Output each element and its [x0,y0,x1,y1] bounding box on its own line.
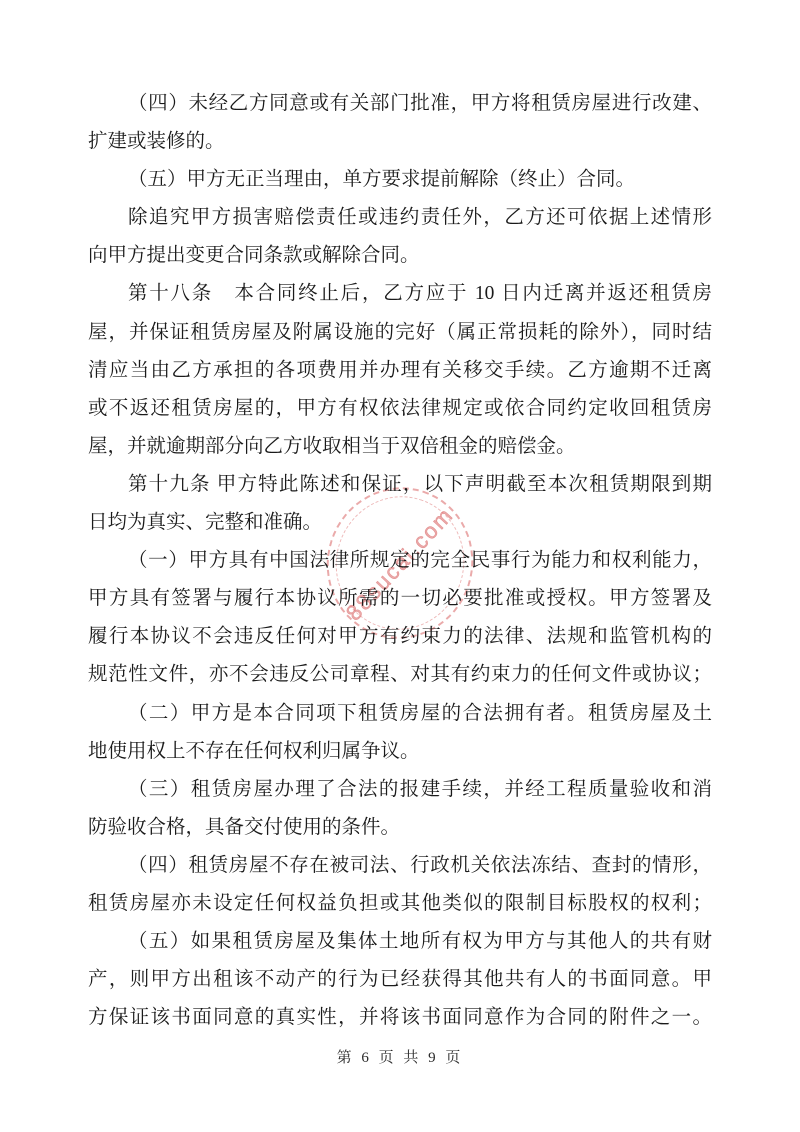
text-line: 第十九条 甲方特此陈述和保证，以下声明截至本次租赁期限到期 [88,466,712,504]
text-line: 日均为真实、完整和准确。 [88,504,712,542]
text-line: 扩建或装修的。 [88,123,712,161]
text-line: 屋，并保证租赁房屋及附属设施的完好（属正常损耗的除外），同时结 [88,314,712,352]
text-line: 规范性文件，亦不会违反公司章程、对其有约束力的任何文件或协议； [88,656,712,694]
text-line: 第十八条 本合同终止后，乙方应于 10 日内迁离并返还租赁房 [88,275,712,313]
text-line: （二）甲方是本合同项下租赁房屋的合法拥有者。租赁房屋及土 [88,695,712,733]
text-line: （四）租赁房屋不存在被司法、行政机关依法冻结、查封的情形， [88,847,712,885]
text-line: 履行本协议不会违反任何对甲方有约束力的法律、法规和监管机构的 [88,618,712,656]
text-line: （四）未经乙方同意或有关部门批准，甲方将租赁房屋进行改建、 [88,85,712,123]
text-line: 或不返还租赁房屋的，甲方有权依法律规定或依合同约定收回租赁房 [88,390,712,428]
text-line: （五）如果租赁房屋及集体土地所有权为甲方与其他人的共有财 [88,923,712,961]
page-footer: 第 6 页 共 9 页 [0,1046,800,1067]
contract-body: （四）未经乙方同意或有关部门批准，甲方将租赁房屋进行改建、扩建或装修的。（五）甲… [88,85,712,1037]
text-line: （五）甲方无正当理由，单方要求提前解除（终止）合同。 [88,161,712,199]
text-line: 产，则甲方出租该不动产的行为已经获得其他共有人的书面同意。甲 [88,961,712,999]
text-line: （三）租赁房屋办理了合法的报建手续，并经工程质量验收和消 [88,771,712,809]
text-line: 除追究甲方损害赔偿责任或违约责任外，乙方还可依据上述情形 [88,199,712,237]
text-line: 清应当由乙方承担的各项费用并办理有关移交手续。乙方逾期不迁离 [88,352,712,390]
text-line: 向甲方提出变更合同条款或解除合同。 [88,237,712,275]
text-line: 方保证该书面同意的真实性，并将该书面同意作为合同的附件之一。 [88,999,712,1037]
text-line: 屋，并就逾期部分向乙方收取相当于双倍租金的赔偿金。 [88,428,712,466]
text-line: 防验收合格，具备交付使用的条件。 [88,809,712,847]
contract-page: 88sucai.com （四）未经乙方同意或有关部门批准，甲方将租赁房屋进行改建… [0,0,800,1132]
text-line: 甲方具有签署与履行本协议所需的一切必要批准或授权。甲方签署及 [88,580,712,618]
text-line: 地使用权上不存在任何权利归属争议。 [88,733,712,771]
text-line: （一）甲方具有中国法律所规定的完全民事行为能力和权利能力， [88,542,712,580]
text-line: 租赁房屋亦未设定任何权益负担或其他类似的限制目标股权的权利； [88,885,712,923]
